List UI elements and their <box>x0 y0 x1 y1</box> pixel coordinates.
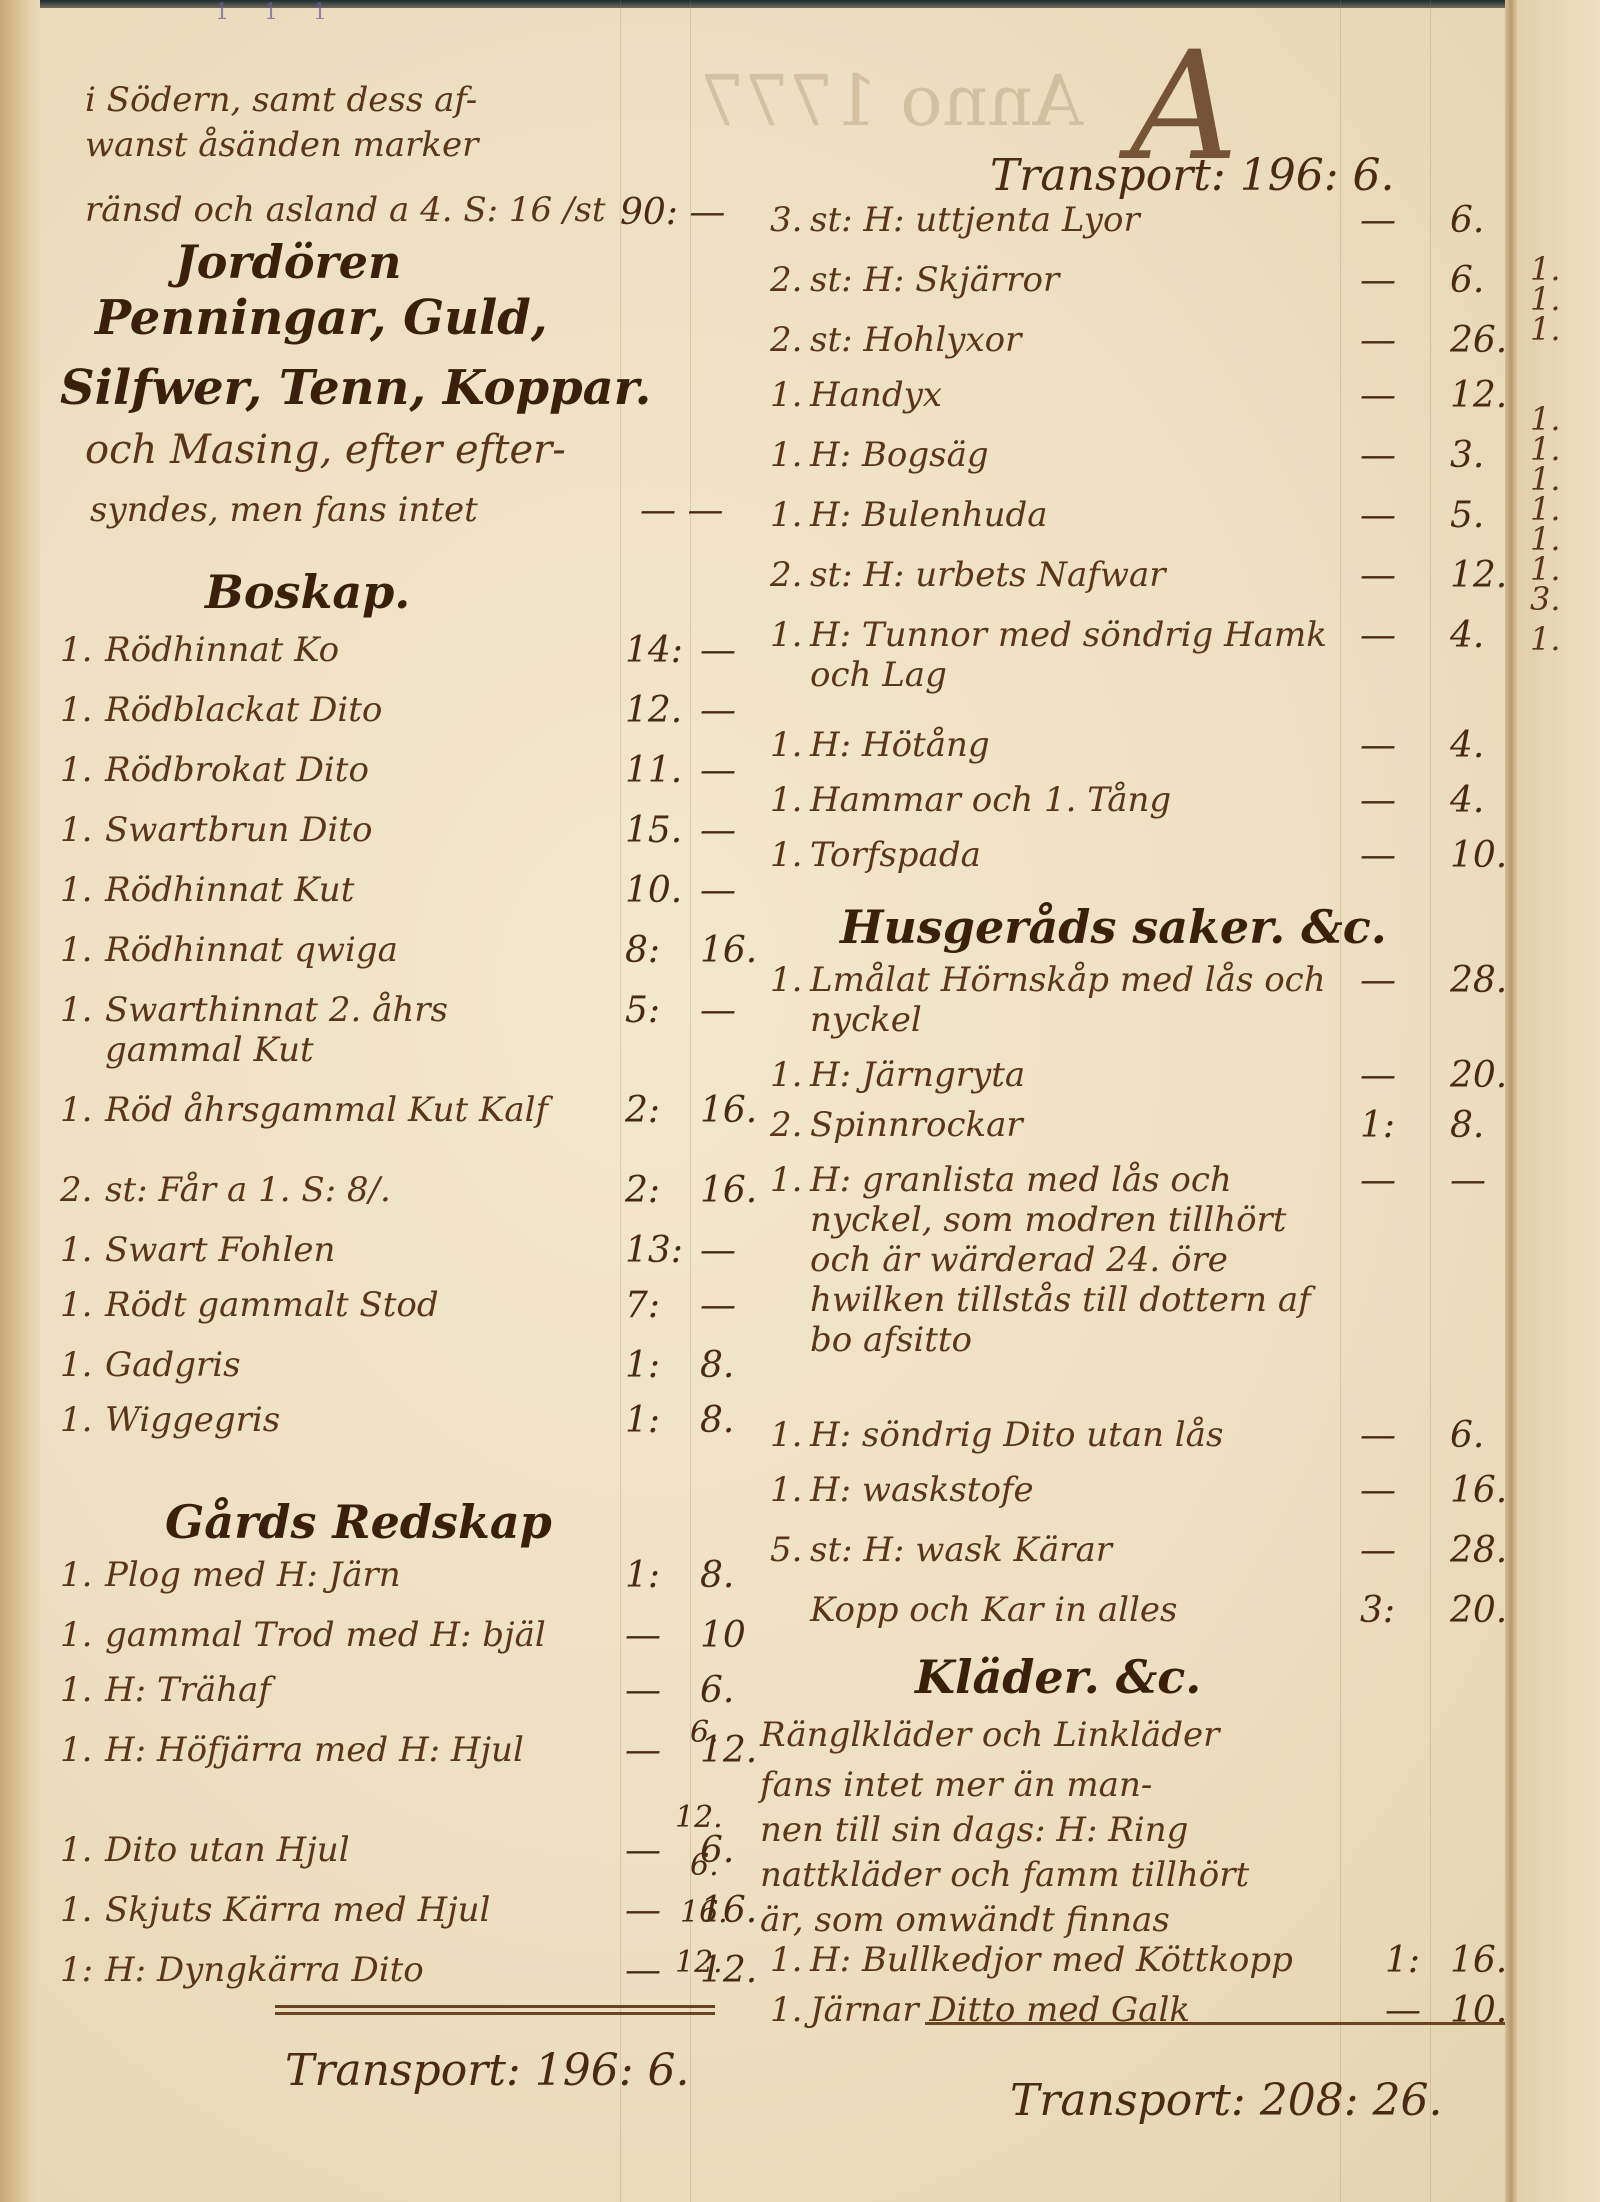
item-value-daler: — <box>1360 1415 1396 1456</box>
section-heading: Husgeråds saker. &c. <box>840 900 1387 954</box>
item-value-daler: — <box>1360 1160 1396 1201</box>
item-value-ore: 28. <box>1450 960 1507 1001</box>
item-value-ore: 6. <box>1450 200 1484 241</box>
item-description: Torfspada <box>810 835 981 875</box>
item-value-daler: 2: <box>625 1170 660 1211</box>
item-description: H: Bullkedjor med Köttkopp <box>810 1940 1293 1980</box>
section-title-line: och Masing, efter efter- <box>85 430 566 470</box>
item-value-daler: — <box>625 1950 661 1991</box>
intro-value: 90: — <box>620 192 725 233</box>
total-rule <box>925 2022 1505 2025</box>
item-value-daler: 5: <box>625 990 660 1031</box>
item-value-ore: 8. <box>700 1345 734 1386</box>
item-description: Rödblackat Dito <box>105 690 382 730</box>
item-value-ore: — <box>700 630 736 671</box>
section-heading: Gårds Redskap <box>165 1495 552 1549</box>
item-description: st: H: urbets Nafwar <box>810 555 1165 595</box>
item-quantity: 1. <box>770 1940 802 1980</box>
item-quantity: 1. <box>770 960 802 1000</box>
manuscript-page: 1 1 1 Anno 1777 A i Södern, samt dess af… <box>0 0 1600 2202</box>
item-quantity: 1. <box>60 810 92 850</box>
item-quantity: 1. <box>770 1160 802 1200</box>
item-value-daler: 11. <box>625 750 682 791</box>
item-value-daler: 3: <box>1360 1590 1395 1631</box>
column-ruling <box>620 0 621 2202</box>
item-description: H: Tunnor med söndrig Hamk och Lag <box>810 615 1330 695</box>
item-value-daler: 10. <box>625 870 682 911</box>
item-quantity: 2. <box>60 1170 92 1210</box>
item-description: Handyx <box>810 375 942 415</box>
item-value-ore: — <box>700 690 736 731</box>
item-quantity: 1. <box>770 1470 802 1510</box>
item-quantity: 1. <box>60 1090 92 1130</box>
item-value-daler: — <box>1360 615 1396 656</box>
margin-number: 6. <box>690 1715 719 1750</box>
item-value-daler: 12. <box>625 690 682 731</box>
item-quantity: 1. <box>770 1055 802 1095</box>
total-rule <box>275 2012 715 2015</box>
intro-line: wanst åsänden marker <box>85 125 478 165</box>
item-description: H: Bogsäg <box>810 435 989 475</box>
item-quantity: 1. <box>60 1670 92 1710</box>
item-value-ore: — <box>700 750 736 791</box>
item-quantity: 2. <box>770 320 802 360</box>
item-value-daler: — <box>1360 960 1396 1001</box>
item-quantity: 1. <box>770 1415 802 1455</box>
item-quantity: 1. <box>770 435 802 475</box>
klader-line: nattkläder och famm tillhört <box>760 1855 1249 1895</box>
section-title-line: Silfwer, Tenn, Koppar. <box>60 360 651 416</box>
item-quantity: 1. <box>60 1345 92 1385</box>
item-value-daler: — <box>1360 725 1396 766</box>
item-value-ore: 16. <box>700 930 757 971</box>
fragment-quantity: 1. <box>1530 310 1561 348</box>
item-value-ore: 16. <box>700 1170 757 1211</box>
item-value-daler: — <box>1360 1055 1396 1096</box>
section-heading: Boskap. <box>205 565 410 619</box>
item-description: Rödhinnat Kut <box>105 870 354 910</box>
item-quantity: 2. <box>770 555 802 595</box>
column-ruling <box>1340 0 1341 2202</box>
item-description: Lmålat Hörnskåp med lås och nyckel <box>810 960 1330 1040</box>
item-value-ore: 8. <box>1450 1105 1484 1146</box>
section-value: — — <box>640 490 723 531</box>
item-value-daler: 1: <box>1360 1105 1395 1146</box>
item-value-ore: 28. <box>1450 1530 1507 1571</box>
item-value-daler: 14: <box>625 630 683 671</box>
intro-line: ränsd och asland a 4. S: 16 /st <box>85 190 606 230</box>
item-quantity: 1. <box>60 1555 92 1595</box>
item-value-ore: 26. <box>1450 320 1507 361</box>
item-quantity: 1. <box>60 1285 92 1325</box>
item-quantity: 1. <box>770 780 802 820</box>
item-value-daler: — <box>1360 1530 1396 1571</box>
transport-total-right: Transport: 208: 26. <box>1010 2075 1442 2126</box>
item-value-ore: 6. <box>1450 1415 1484 1456</box>
item-description: st: H: Skjärror <box>810 260 1059 300</box>
item-quantity: 1. <box>770 1990 802 2030</box>
item-quantity: 1. <box>60 1230 92 1270</box>
section-heading: Kläder. &c. <box>915 1650 1201 1704</box>
item-value-ore: 4. <box>1450 615 1484 656</box>
item-value-ore: 4. <box>1450 780 1484 821</box>
item-value-ore: — <box>700 870 736 911</box>
item-value-ore: 6. <box>700 1670 734 1711</box>
item-value-daler: 1: <box>625 1345 660 1386</box>
item-value-daler: — <box>1360 495 1396 536</box>
item-description: Skjuts Kärra med Hjul <box>105 1890 490 1930</box>
item-description: H: Bulenhuda <box>810 495 1048 535</box>
item-quantity: 1. <box>60 1890 92 1930</box>
item-description: H: Hötång <box>810 725 990 765</box>
item-quantity: 1. <box>770 615 802 655</box>
item-value-ore: 8. <box>700 1400 734 1441</box>
item-quantity: 1. <box>60 1400 92 1440</box>
fragment-quantity: 3. <box>1530 580 1561 618</box>
item-value-ore: 10. <box>1450 835 1507 876</box>
total-rule <box>275 2005 715 2008</box>
book-left-edge <box>0 0 40 2202</box>
item-description: Plog med H: Järn <box>105 1555 401 1595</box>
item-description: H: Höfjärra med H: Hjul <box>105 1730 524 1770</box>
item-value-daler: — <box>625 1830 661 1871</box>
item-quantity: 2. <box>770 260 802 300</box>
item-description: Wiggegris <box>105 1400 280 1440</box>
item-description: H: waskstofe <box>810 1470 1034 1510</box>
item-quantity: 1. <box>60 630 92 670</box>
item-description: Swart Fohlen <box>105 1230 335 1270</box>
item-value-ore: — <box>700 1285 736 1326</box>
section-heading: Jordören <box>175 235 401 289</box>
margin-number: 6. <box>690 1848 719 1883</box>
item-quantity: 1. <box>60 1730 92 1770</box>
item-value-ore: 12. <box>1450 555 1507 596</box>
klader-line: nen till sin dags: H: Ring <box>760 1810 1188 1850</box>
item-description: Gadgris <box>105 1345 241 1385</box>
item-value-daler: — <box>1360 835 1396 876</box>
item-description: Swartbrun Dito <box>105 810 372 850</box>
item-description: Rödhinnat Ko <box>105 630 339 670</box>
item-quantity: 1. <box>770 725 802 765</box>
transport-total-left: Transport: 196: 6. <box>285 2045 690 2096</box>
item-quantity: 1. <box>60 750 92 790</box>
item-quantity: 1. <box>770 835 802 875</box>
item-value-daler: — <box>1360 435 1396 476</box>
item-value-daler: — <box>1360 780 1396 821</box>
item-quantity: 1. <box>60 1830 92 1870</box>
item-description: Röd åhrsgammal Kut Kalf <box>105 1090 548 1130</box>
bleed-through-text: Anno 1777 <box>700 60 1083 142</box>
item-value-ore: 3. <box>1450 435 1484 476</box>
klader-line: Ränglkläder och Linkläder <box>760 1715 1219 1755</box>
item-value-daler: — <box>625 1670 661 1711</box>
item-value-ore: — <box>700 1230 736 1271</box>
transport-carried-in: Transport: 196: 6. <box>990 150 1395 201</box>
item-value-daler: — <box>1360 200 1396 241</box>
item-value-daler: 7: <box>625 1285 660 1326</box>
item-quantity: 1. <box>60 870 92 910</box>
item-value-daler: — <box>1360 260 1396 301</box>
item-value-daler: — <box>625 1890 661 1931</box>
item-value-daler: — <box>1360 1470 1396 1511</box>
item-value-ore: 20. <box>1450 1590 1507 1631</box>
item-value-daler: 13: <box>625 1230 683 1271</box>
item-value-ore: 10 <box>700 1615 746 1656</box>
archive-stamp: 1 1 1 <box>215 0 341 25</box>
item-description: H: granlista med lås och nyckel, som mod… <box>810 1160 1330 1360</box>
item-value-ore: — <box>1450 1160 1486 1201</box>
item-description: st: H: uttjenta Lyor <box>810 200 1140 240</box>
section-title-line: Penningar, Guld, <box>95 290 548 346</box>
item-quantity: 1. <box>770 495 802 535</box>
item-value-ore: 16. <box>1450 1940 1507 1981</box>
item-value-ore: 20. <box>1450 1055 1507 1096</box>
item-quantity: 1. <box>60 1615 92 1655</box>
section-title-line: syndes, men fans intet <box>90 490 478 530</box>
klader-line: är, som omwändt finnas <box>760 1900 1170 1940</box>
item-value-ore: 16. <box>1450 1470 1507 1511</box>
intro-line: i Södern, samt dess af- <box>85 80 477 120</box>
item-description: H: Dyngkärra Dito <box>105 1950 424 1990</box>
item-description: H: söndrig Dito utan lås <box>810 1415 1223 1455</box>
item-value-daler: — <box>1360 375 1396 416</box>
column-ruling <box>1430 0 1431 2202</box>
item-value-daler: — <box>625 1615 661 1656</box>
item-quantity: 1. <box>60 990 92 1030</box>
item-value-ore: 8. <box>700 1555 734 1596</box>
item-description: Spinnrockar <box>810 1105 1023 1145</box>
item-value-daler: 1: <box>625 1555 660 1596</box>
item-value-ore: — <box>700 990 736 1031</box>
item-description: st: H: wask Kärar <box>810 1530 1112 1570</box>
item-description: Swarthinnat 2. åhrs gammal Kut <box>105 990 585 1070</box>
item-value-daler: — <box>1360 320 1396 361</box>
item-value-daler: 8: <box>625 930 660 971</box>
item-quantity: 1: <box>60 1950 93 1990</box>
item-description: Hammar och 1. Tång <box>810 780 1171 820</box>
item-value-daler: 1: <box>1385 1940 1420 1981</box>
item-value-ore: 6. <box>1450 260 1484 301</box>
item-description: H: Järngryta <box>810 1055 1025 1095</box>
item-quantity: 3. <box>770 200 802 240</box>
item-description: Kopp och Kar in alles <box>810 1590 1177 1630</box>
item-value-daler: 15. <box>625 810 682 851</box>
item-description: Rödbrokat Dito <box>105 750 369 790</box>
item-quantity: 1. <box>770 375 802 415</box>
item-value-ore: 12. <box>1450 375 1507 416</box>
item-value-ore: 5. <box>1450 495 1484 536</box>
item-description: H: Trähaf <box>105 1670 271 1710</box>
item-quantity: 1. <box>60 690 92 730</box>
item-description: Dito utan Hjul <box>105 1830 350 1870</box>
margin-number: 12. <box>675 1945 723 1980</box>
item-description: gammal Trod med H: bjäl <box>105 1615 546 1655</box>
item-quantity: 2. <box>770 1105 802 1145</box>
item-value-ore: 4. <box>1450 725 1484 766</box>
fragment-quantity: 1. <box>1530 620 1561 658</box>
item-quantity: 1. <box>60 930 92 970</box>
item-description: st: Får a 1. S: 8/. <box>105 1170 391 1210</box>
item-value-daler: — <box>625 1730 661 1771</box>
margin-number: 16. <box>680 1895 728 1930</box>
margin-number: 12. <box>675 1800 723 1835</box>
item-quantity: 5. <box>770 1530 802 1570</box>
item-value-daler: 2: <box>625 1090 660 1131</box>
item-description: Rödhinnat qwiga <box>105 930 398 970</box>
item-value-ore: — <box>700 810 736 851</box>
item-value-ore: 16. <box>700 1090 757 1131</box>
item-description: st: Hohlyxor <box>810 320 1021 360</box>
item-value-daler: — <box>1360 555 1396 596</box>
item-description: Rödt gammalt Stod <box>105 1285 439 1325</box>
item-value-daler: 1: <box>625 1400 660 1441</box>
klader-line: fans intet mer än man- <box>760 1765 1152 1805</box>
